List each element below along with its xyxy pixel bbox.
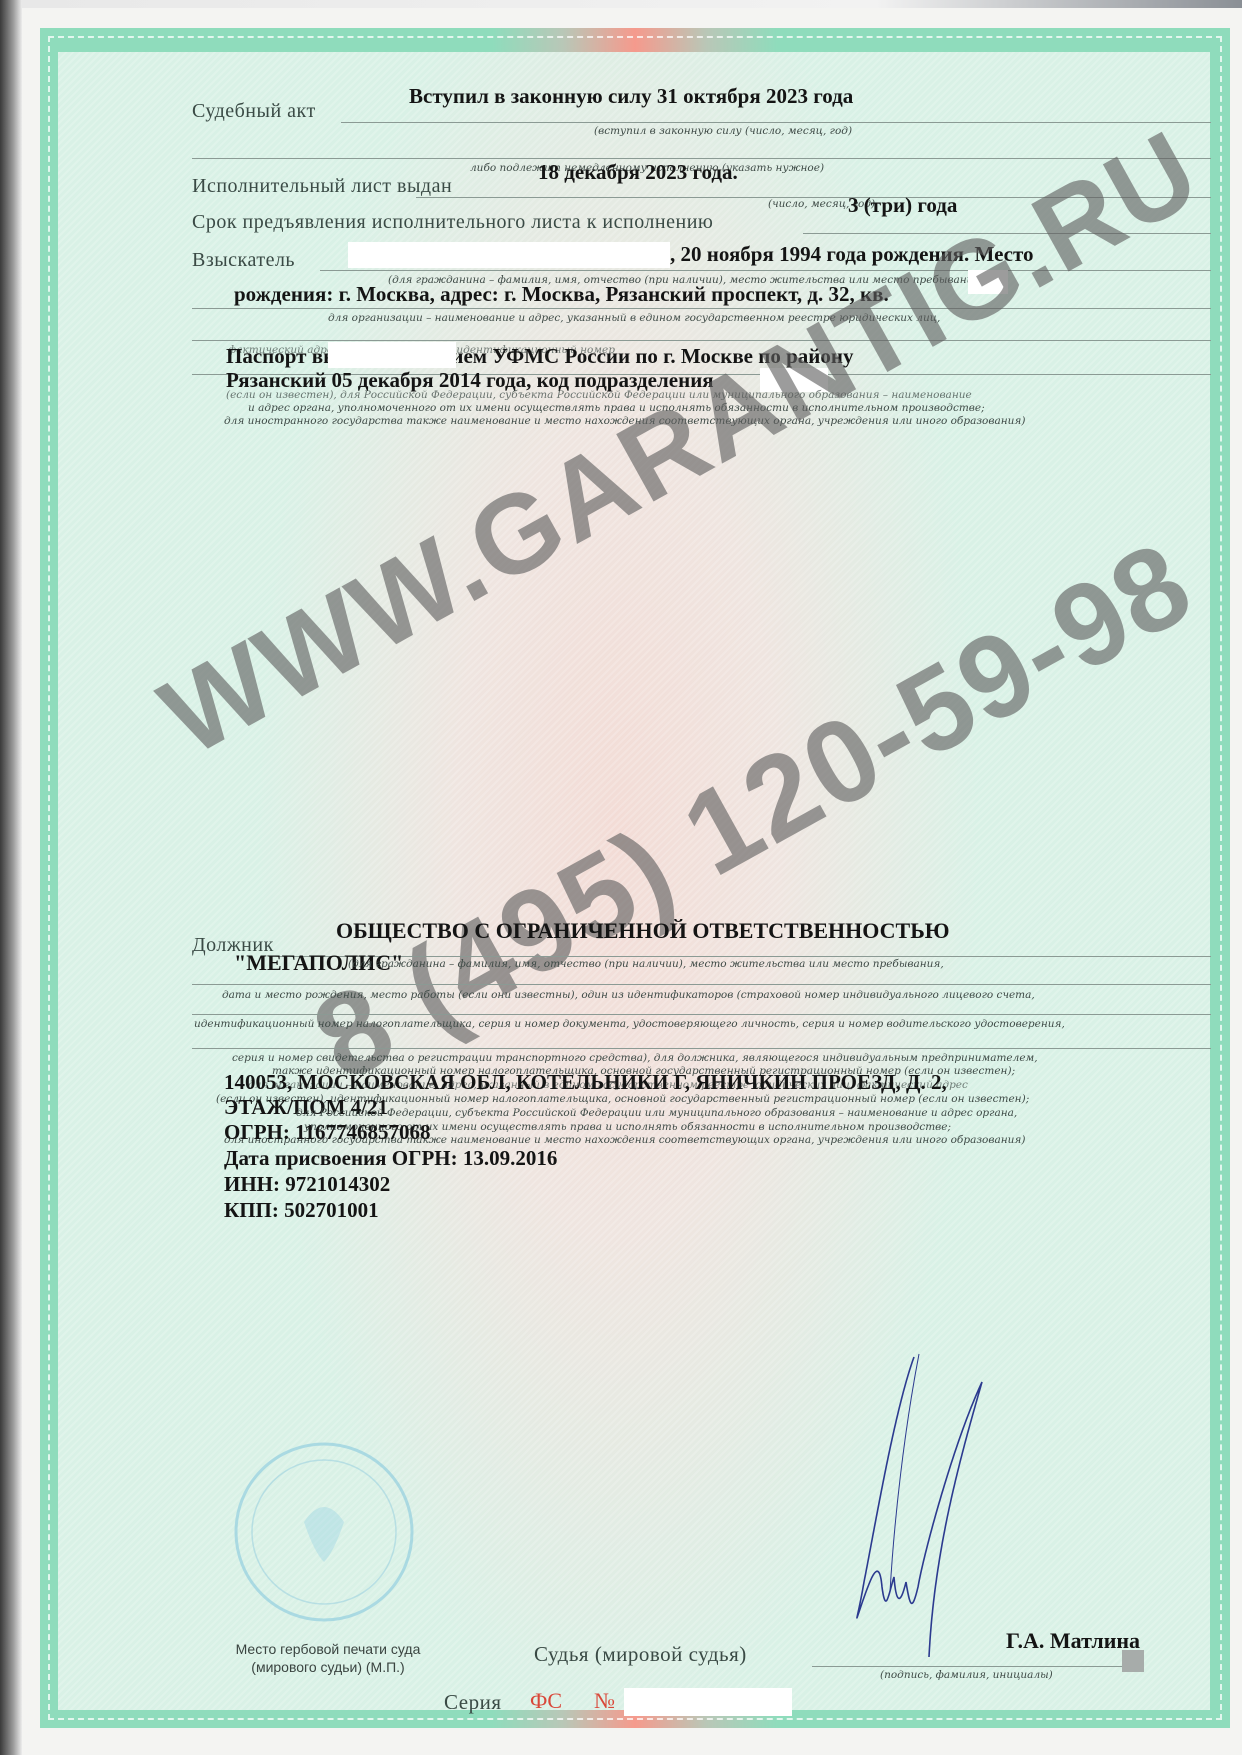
presentation-period-label: Срок предъявления исполнительного листа … (192, 211, 713, 234)
series-label: Серия (444, 1690, 501, 1715)
presentation-period-value: 3 (три) года (848, 193, 957, 218)
corner-marker (1122, 1650, 1144, 1672)
debtor-inn: ИНН: 9721014302 (224, 1172, 390, 1197)
debtor-line-3 (192, 1014, 1211, 1015)
claimant-label: Взыскатель (192, 249, 295, 272)
claimant-line-3 (192, 340, 1211, 341)
series-code: ФС (530, 1688, 562, 1714)
signature-hint: (подпись, фамилия, инициалы) (880, 1669, 1053, 1681)
claimant-passport-redacted (328, 342, 456, 368)
debtor-ogrn: ОГРН: 1167746857068 (224, 1120, 430, 1145)
debtor-ogrn-date: Дата присвоения ОГРН: 13.09.2016 (224, 1146, 557, 1171)
judge-signature (834, 1352, 994, 1672)
debtor-line-4 (192, 1048, 1211, 1049)
judge-name: Г.А. Матлина (1006, 1628, 1140, 1654)
judge-label: Судья (мировой судья) (534, 1642, 747, 1667)
writ-issued-value: 18 декабря 2023 года. (538, 160, 738, 185)
court-seal-stamp (224, 1432, 424, 1632)
seal-caption: Место гербовой печати суда (мирового суд… (208, 1640, 448, 1676)
claimant-name-redacted (348, 242, 670, 268)
debtor-name-1: ОБЩЕСТВО С ОГРАНИЧЕННОЙ ОТВЕТСТВЕННОСТЬЮ (336, 918, 950, 944)
judicial-act-hint: (вступил в законную силу (число, месяц, … (594, 125, 852, 137)
scan-top-edge (22, 0, 1242, 8)
debtor-hint-1: (для гражданина – фамилия, имя, отчество… (348, 958, 944, 970)
debtor-line-1 (278, 956, 1211, 957)
writ-issued-label: Исполнительный лист выдан (192, 175, 452, 198)
claimant-line-2 (192, 308, 1211, 309)
seal-caption-line-2: (мирового судьи) (М.П.) (208, 1658, 448, 1676)
judge-signature-line (812, 1666, 1130, 1667)
debtor-kpp: КПП: 502701001 (224, 1198, 379, 1223)
series-number-redacted (624, 1688, 792, 1716)
seal-caption-line-1: Место гербовой печати суда (208, 1640, 448, 1658)
debtor-hint-8: для Российской Федерации, субъекта Росси… (296, 1107, 1017, 1119)
series-number-sign: № (594, 1688, 615, 1714)
judicial-act-value: Вступил в законную силу 31 октября 2023 … (409, 84, 853, 109)
document-page: Судебный акт Вступил в законную силу 31 … (58, 52, 1210, 1710)
judicial-act-label: Судебный акт (192, 100, 316, 123)
claimant-value-2: рождения: г. Москва, адрес: г. Москва, Р… (234, 282, 889, 307)
judicial-act-line (341, 122, 1211, 123)
debtor-hint-3: идентификационный номер налогоплательщик… (194, 1018, 1065, 1030)
debtor-hint-4: серия и номер свидетельства о регистраци… (232, 1052, 1038, 1064)
scan-edge (0, 0, 22, 1755)
debtor-address-1: 140053, МОСКОВСКАЯ ОБЛ, КОТЕЛЬНИКИ Г, ЯН… (224, 1070, 947, 1095)
debtor-hint-2: дата и место рождения, место работы (есл… (222, 989, 1035, 1001)
debtor-line-2 (192, 984, 1211, 985)
